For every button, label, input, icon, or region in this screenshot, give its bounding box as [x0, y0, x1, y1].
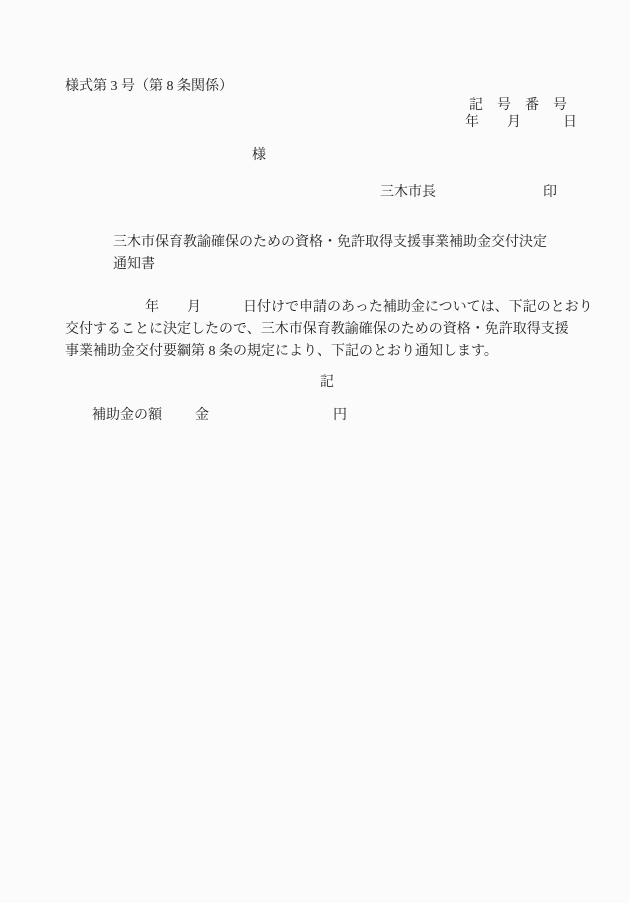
subsidy-currency-prefix: 金: [195, 408, 209, 424]
document-title-line1: 三木市保育教諭確保のための資格・免許取得支援事業補助金交付決定: [113, 235, 547, 251]
body-paragraph-line1: 年 月 日付けで申請のあった補助金については、下記のとおり: [145, 300, 593, 316]
record-heading: 記: [320, 375, 334, 391]
document-page: 様式第 3 号（第 8 条関係） 記 号 番 号 年 月 日 様 三木市長 印 …: [0, 0, 630, 903]
form-number-label: 様式第 3 号（第 8 条関係）: [65, 79, 233, 95]
reference-number-line: 記 号 番 号: [469, 98, 567, 114]
body-paragraph-line2: 交付することに決定したので、三木市保育教諭確保のための資格・免許取得支援: [65, 322, 569, 338]
body-paragraph-line3: 事業補助金交付要綱第 8 条の規定により、下記のとおり通知します。: [65, 344, 498, 360]
header-date-line: 年 月 日: [465, 115, 577, 131]
seal-mark: 印: [543, 185, 557, 201]
sender-name: 三木市長: [380, 185, 436, 201]
addressee-honorific: 様: [252, 148, 266, 164]
document-title-line2: 通知書: [113, 257, 155, 273]
subsidy-currency-suffix: 円: [333, 408, 347, 424]
subsidy-amount-label: 補助金の額: [92, 408, 162, 424]
